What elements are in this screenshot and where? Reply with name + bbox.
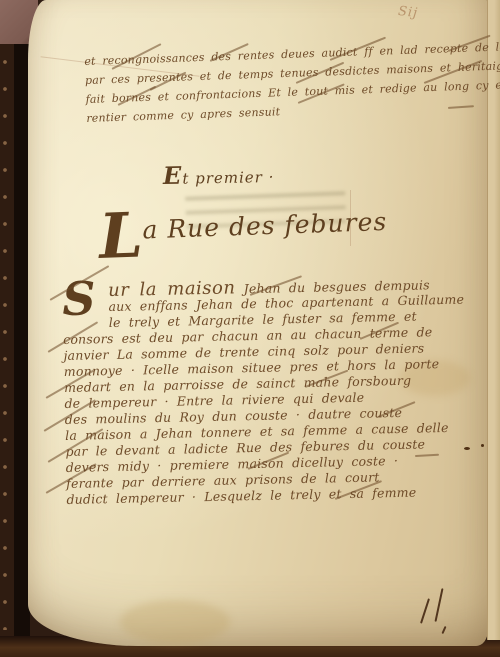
street-initial: L [98,198,144,272]
ink-speck [464,447,470,450]
manuscript-photo: Sij et recongnoissances des rentes deues… [0,0,500,657]
binding-stitches [0,50,12,630]
street-name: a Rue des febures [142,207,388,245]
page-fore-edge [487,0,500,640]
ink-speck [481,444,484,447]
body-paragraph: S ur la maison Jehan du besgues dempuis … [62,275,479,508]
street-heading: La Rue des febures [98,196,388,268]
page-stain [120,600,230,644]
heading-text: t premier · [182,168,274,188]
section-heading: Et premier · [163,159,275,190]
heading-initial: E [163,161,183,190]
folio-mark: Sij [397,4,419,21]
